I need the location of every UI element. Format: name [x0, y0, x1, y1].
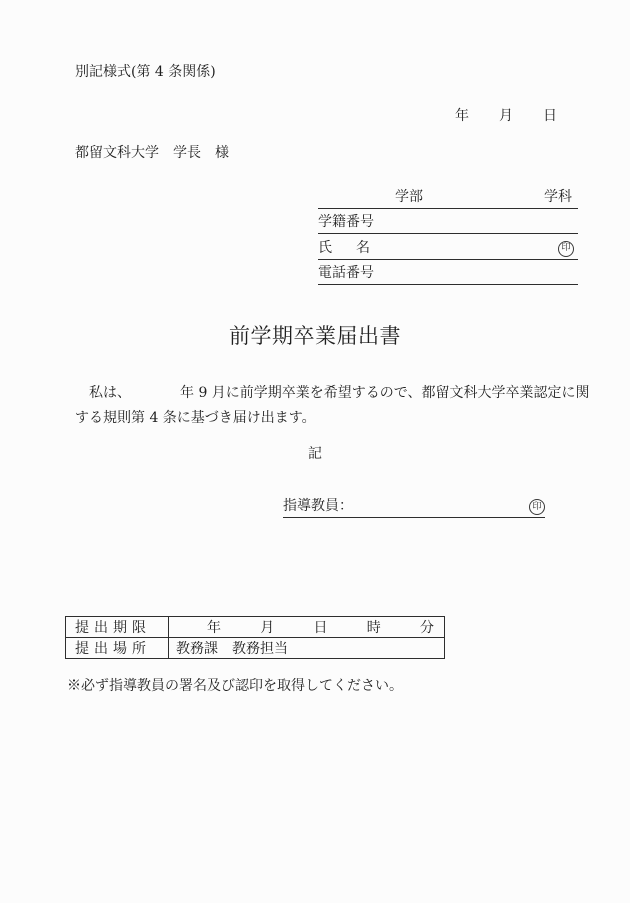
body-line: 私は、 年 9 月に前学期卒業を希望するので、都留文科大学卒業認定に関 — [75, 381, 587, 406]
name-line: 氏 名 印 — [318, 234, 578, 260]
date-year-label: 年 — [455, 105, 469, 125]
deadline-minute-label: 分 — [420, 617, 434, 637]
document-page: 別記様式(第 4 条関係) 年 月 日 都留文科大学 学長 様 学部 学科 学籍… — [0, 0, 630, 903]
advisor-line: 指導教員： 印 — [283, 499, 545, 518]
student-id-label: 学籍番号 — [318, 211, 374, 231]
faculty-department-line: 学部 学科 — [318, 183, 578, 209]
form-reference-note: 別記様式(第 4 条関係) — [75, 61, 216, 81]
date-day-label: 日 — [543, 105, 557, 125]
phone-line: 電話番号 — [318, 260, 578, 286]
deadline-label-cell: 提出期限 — [66, 617, 169, 638]
name-label: 氏 名 — [318, 237, 370, 257]
advisor-seal-stamp-icon: 印 — [529, 499, 545, 515]
deadline-day-label: 日 — [314, 617, 328, 637]
submission-table: 提出期限 年 月 日 時 分 提出場所 教務課 教務担当 — [65, 616, 445, 659]
deadline-month-label: 月 — [260, 617, 274, 637]
deadline-value-cell: 年 月 日 時 分 — [169, 617, 445, 638]
body-line: する規則第 4 条に基づき届け出ます。 — [75, 406, 587, 431]
location-label-cell: 提出場所 — [66, 638, 169, 659]
location-value-cell: 教務課 教務担当 — [169, 638, 445, 659]
seal-character: 印 — [532, 503, 541, 512]
name-label-first: 氏 — [318, 237, 332, 257]
footnote-note: ※必ず指導教員の署名及び認印を取得してください。 — [67, 675, 403, 695]
department-label: 学科 — [544, 186, 572, 206]
record-marker: 記 — [0, 443, 630, 463]
name-seal-stamp-icon: 印 — [558, 241, 574, 257]
seal-character: 印 — [561, 244, 570, 253]
phone-label: 電話番号 — [318, 262, 374, 282]
body-paragraph: 私は、 年 9 月に前学期卒業を希望するので、都留文科大学卒業認定に関 する規則… — [75, 381, 587, 430]
faculty-label: 学部 — [395, 186, 423, 206]
submission-date-line: 年 月 日 — [455, 105, 557, 125]
deadline-year-label: 年 — [207, 617, 221, 637]
date-month-label: 月 — [499, 105, 513, 125]
advisor-label: 指導教員： — [283, 495, 353, 515]
deadline-row: 提出期限 年 月 日 時 分 — [66, 617, 445, 638]
addressee-line: 都留文科大学 学長 様 — [75, 142, 229, 162]
student-id-line: 学籍番号 — [318, 209, 578, 235]
location-row: 提出場所 教務課 教務担当 — [66, 638, 445, 659]
deadline-hour-label: 時 — [367, 617, 381, 637]
document-title: 前学期卒業届出書 — [0, 320, 630, 350]
student-info-block: 学部 学科 学籍番号 氏 名 印 電話番号 — [318, 183, 578, 285]
name-label-second: 名 — [356, 237, 370, 257]
